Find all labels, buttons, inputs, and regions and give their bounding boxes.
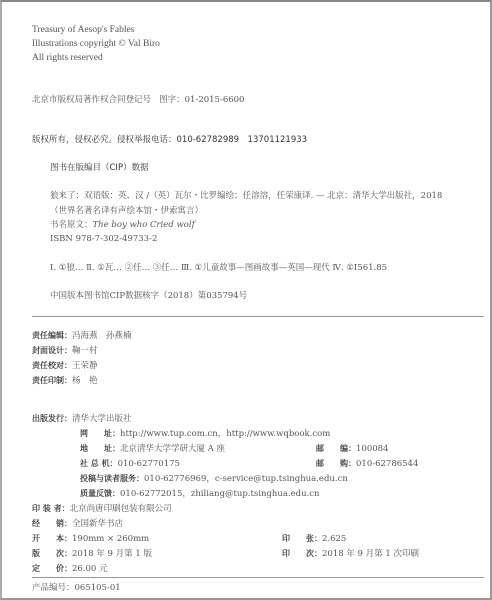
cip-heading: 图书在版编目（CIP）数据 — [50, 161, 149, 173]
credit-editor: 责任编辑：冯海燕 孙燕楠 — [32, 330, 132, 342]
isbn: ISBN 978-7-302-49733-2 — [50, 233, 157, 246]
address-line: 地 址：北京清华大学学研大厦 A 座 — [80, 443, 225, 455]
credit-cover-design: 封面设计：鞠一村 — [32, 345, 98, 357]
edition-line: 版 次：2018 年 9 月第 1 版 — [32, 548, 152, 560]
impression-line: 印 次：2018 年 9 月第 1 次印刷 — [282, 548, 419, 560]
original-title: The boy who Cried wolf — [93, 220, 195, 230]
registration-line: 北京市版权局著作权合同登记号 图字：01-2015-6600 — [32, 94, 244, 107]
website-line: 网 址：http://www.tup.com.cn，http://www.wqb… — [80, 428, 330, 440]
mail-order-line: 邮 购：010-62786544 — [316, 458, 418, 470]
divider-bottom — [32, 577, 484, 578]
printer-line: 印 装 者：北京尚唐印刷包装有限公司 — [32, 503, 172, 515]
divider — [32, 316, 484, 317]
english-title-line: Treasury of Aesop's Fables — [32, 23, 134, 37]
switchboard-line: 社 总 机：010-62770175 — [80, 458, 180, 470]
reader-service-line: 投稿与读者服务：010-62776969，c-service@tup.tsing… — [80, 473, 348, 485]
cip-entry-line2: （世界名著名译有声绘本馆・伊索寓言） — [50, 205, 203, 218]
classification: Ⅰ. ①狼… Ⅱ. ①瓦… ②任… ③任… Ⅲ. ①儿童故事—图画故事—英国—现… — [50, 262, 387, 275]
quality-feedback-line: 质量反馈：010-62772015，zhiliang@tup.tsinghua.… — [80, 488, 320, 500]
publisher-line: 出版发行：清华大学出版社 — [32, 413, 132, 425]
registration-label: 北京市版权局著作权合同登记号 — [32, 95, 151, 105]
cip-entry-line1: 狼来了：双语版：英、汉 /（英）瓦尔・比罗编绘；任溶溶，任荣康译. — 北京：清… — [50, 190, 442, 203]
price-line: 定 价：26.00 元 — [32, 563, 108, 575]
cip-number: 中国版本图书馆CIP数据核字（2018）第035794号 — [50, 290, 247, 303]
illustrations-copyright-line: Illustrations copyright © Val Biro — [32, 37, 160, 51]
original-title-line: 书名原文：The boy who Cried wolf — [50, 219, 195, 232]
credit-printing-supervisor: 责任印制：杨 艳 — [32, 375, 98, 387]
original-title-label: 书名原文： — [50, 220, 93, 230]
sheets-line: 印 张：2.625 — [282, 533, 346, 545]
product-code-line: 产品编号：065105-01 — [32, 582, 121, 594]
format-line: 开 本：190mm × 260mm — [32, 533, 149, 545]
registration-value: 图字：01-2015-6600 — [159, 95, 244, 105]
credit-proofreader: 责任校对：王荣静 — [32, 360, 98, 372]
piracy-notice: 版权所有，侵权必究。侵权举报电话：010-62782989 1370112193… — [32, 133, 307, 145]
postcode-line: 邮 编：100084 — [316, 443, 388, 455]
rights-reserved-line: All rights reserved — [32, 51, 103, 65]
distributor-line: 经 销：全国新华书店 — [32, 518, 123, 530]
